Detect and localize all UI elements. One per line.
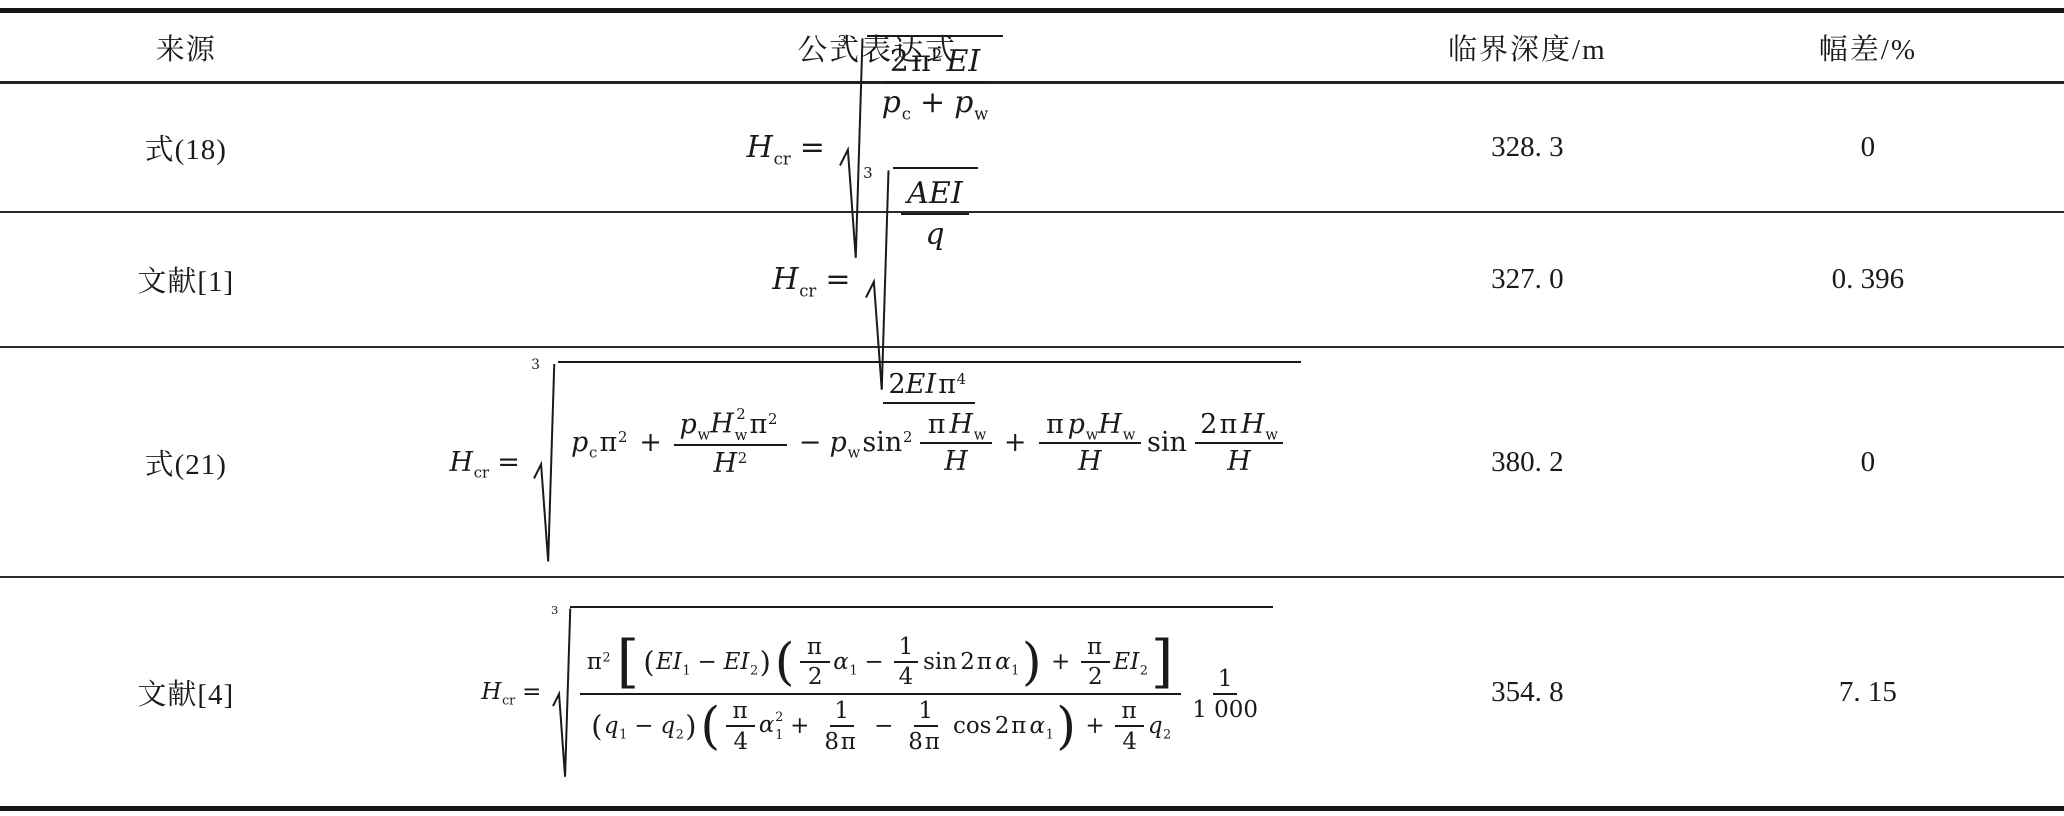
table-row: 式(21) Hcr=32EIπ4pcπ2+pwH2wπ2H2−pwsin2πHw… <box>0 348 2064 578</box>
depth-cell: 327. 0 <box>1383 263 1672 296</box>
col-header-depth: 临界深度/m <box>1383 27 1672 68</box>
source-cell: 式(18) <box>0 127 372 168</box>
table-row: 文献[4] Hcr=3π2[(EI1−EI2)(π2α1−14sin2πα1)+… <box>0 578 2064 811</box>
diff-cell: 0 <box>1672 446 2064 479</box>
formula-cell: Hcr=3π2[(EI1−EI2)(π2α1−14sin2πα1)+π2EI2]… <box>372 606 1383 779</box>
table-row: 文献[1] Hcr=3AEIq 327. 0 0. 396 <box>0 213 2064 348</box>
source-cell: 文献[4] <box>0 672 372 713</box>
col-header-source: 来源 <box>0 27 372 68</box>
depth-cell: 354. 8 <box>1383 676 1672 709</box>
formula-cell: Hcr=3AEIq <box>372 167 1383 392</box>
diff-cell: 0. 396 <box>1672 263 2064 296</box>
formula-math: Hcr=32EIπ4pcπ2+pwH2wπ2H2−pwsin2πHwH+πpwH… <box>449 361 1304 564</box>
depth-cell: 328. 3 <box>1383 131 1672 164</box>
formula-math: Hcr=3AEIq <box>772 167 982 392</box>
source-cell: 式(21) <box>0 442 372 483</box>
source-cell: 文献[1] <box>0 259 372 300</box>
col-header-diff: 幅差/% <box>1672 27 2064 68</box>
diff-cell: 0 <box>1672 131 2064 164</box>
formula-comparison-table: 来源 公式表达式 临界深度/m 幅差/% 式(18) Hcr=32π2EIpc+… <box>0 8 2064 811</box>
depth-cell: 380. 2 <box>1383 446 1672 479</box>
diff-cell: 7. 15 <box>1672 676 2064 709</box>
formula-math: Hcr=3π2[(EI1−EI2)(π2α1−14sin2πα1)+π2EI2]… <box>481 606 1273 779</box>
formula-cell: Hcr=32EIπ4pcπ2+pwH2wπ2H2−pwsin2πHwH+πpwH… <box>372 361 1383 564</box>
